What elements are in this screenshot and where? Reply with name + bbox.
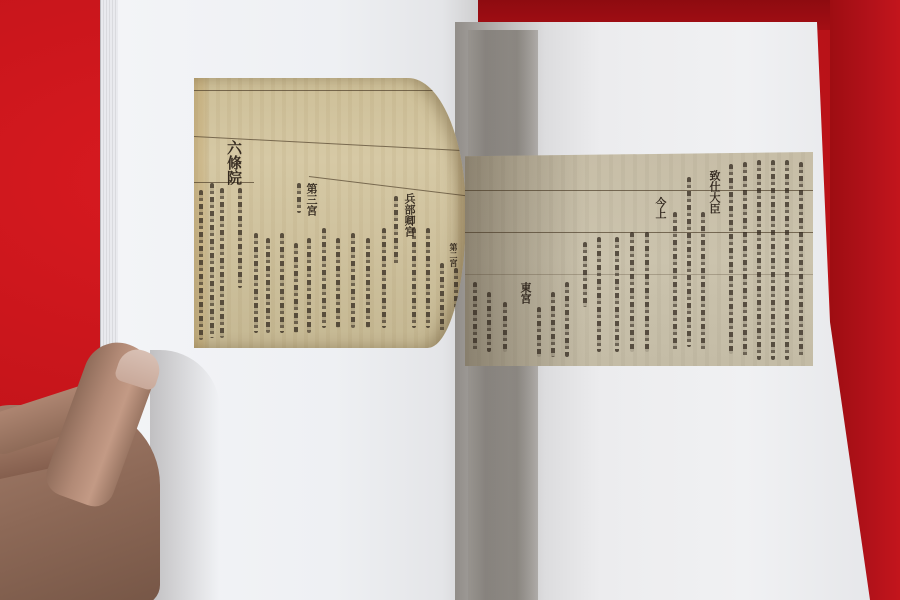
script-column: [673, 212, 677, 352]
ruled-line: [194, 182, 254, 183]
script-column: [336, 238, 340, 328]
script-column: [297, 183, 301, 213]
script-column: [785, 160, 789, 360]
script-column: [454, 268, 458, 328]
script-column: [771, 160, 775, 360]
script-column: [630, 232, 634, 352]
script-column: [322, 228, 326, 328]
script-column: [583, 242, 587, 307]
script-column: [366, 238, 370, 328]
script-column: [687, 177, 691, 347]
script-column: [440, 263, 444, 333]
script-column: [799, 162, 803, 357]
script-column: [597, 237, 601, 352]
script-column: [551, 292, 555, 357]
ruled-line: [309, 176, 466, 196]
script-column: [565, 282, 569, 357]
script-column: [307, 238, 311, 333]
script-column: [382, 228, 386, 328]
script-column: [294, 243, 298, 333]
script-column: [412, 228, 416, 328]
right-manuscript-image: 致仕大臣 今上 東宮: [465, 152, 813, 366]
script-column: [729, 164, 733, 354]
script-column: [210, 183, 214, 338]
ruled-line: [194, 90, 466, 91]
script-column: [351, 233, 355, 328]
script-column: [701, 212, 705, 352]
hand-shadow: [150, 350, 220, 600]
script-column: [473, 282, 477, 352]
script-column: [487, 292, 491, 352]
script-column: [757, 160, 761, 360]
heading-daisan-no-miya: 第三宮: [306, 183, 317, 216]
script-column: [238, 188, 242, 288]
heading-side: 今上: [655, 197, 666, 219]
heading-daini-no-miya: 第二宮: [450, 243, 458, 267]
script-column: [280, 233, 284, 333]
script-column: [537, 307, 541, 357]
photo-scene: 六條院 第三宮 兵部卿宮 第二宮 致仕大臣 今上 東宮: [0, 0, 900, 600]
script-column: [743, 162, 747, 357]
script-column: [199, 190, 203, 340]
script-column: [394, 196, 398, 266]
script-column: [426, 228, 430, 328]
script-column: [503, 302, 507, 352]
heading-togu: 東宮: [520, 282, 531, 304]
heading-chiji-daijin: 致仕大臣: [709, 170, 720, 214]
script-column: [266, 238, 270, 333]
left-manuscript-image: 六條院 第三宮 兵部卿宮 第二宮: [194, 78, 466, 348]
script-column: [645, 232, 649, 352]
script-column: [254, 233, 258, 333]
script-column: [615, 237, 619, 352]
script-column: [220, 188, 224, 338]
heading-rokujoin: 六條院: [226, 140, 241, 185]
